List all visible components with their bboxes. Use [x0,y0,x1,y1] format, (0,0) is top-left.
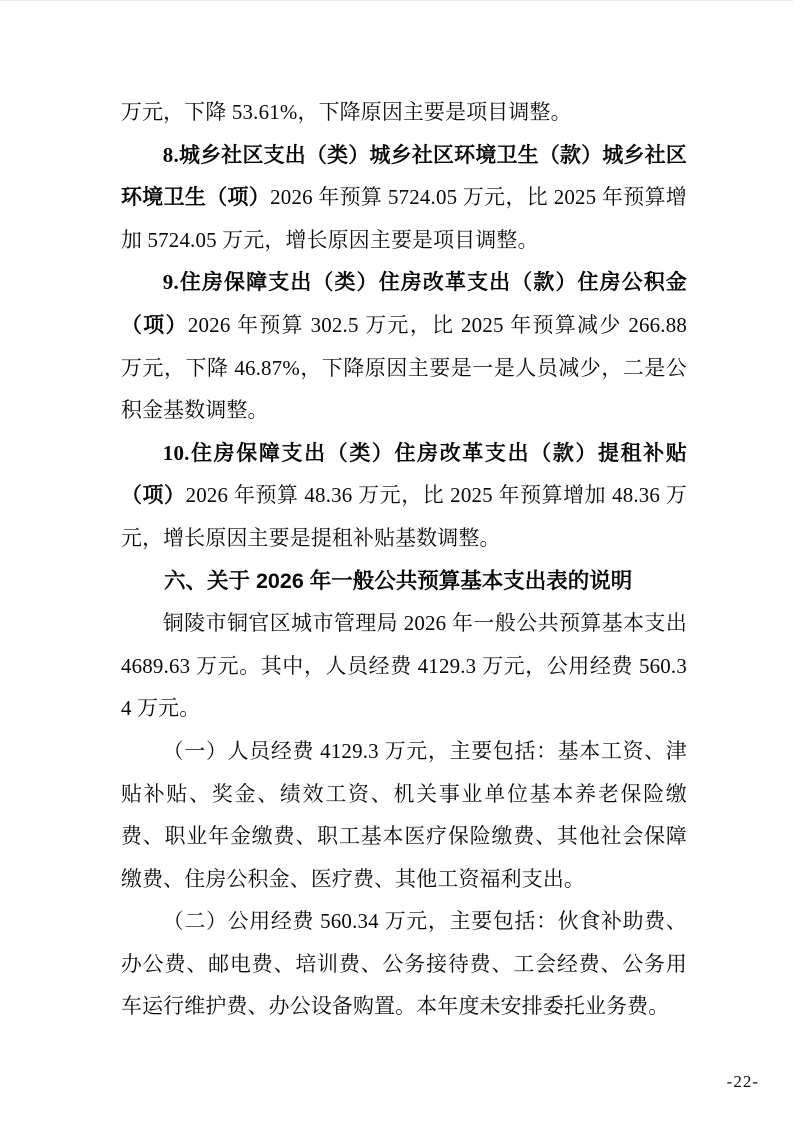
paragraph-text: （一）人员经费 4129.3 万元，主要包括：基本工资、津贴补贴、奖金、绩效工资… [121,739,687,891]
paragraph-text: 2026 年预算 48.36 万元，比 2025 年预算增加 48.36 万元，… [121,483,687,550]
paragraph-personnel-funds: （一）人员经费 4129.3 万元，主要包括：基本工资、津贴补贴、奖金、绩效工资… [121,730,687,900]
paragraph-summary: 铜陵市铜官区城市管理局 2026 年一般公共预算基本支出 4689.63 万元。… [121,602,687,730]
paragraph-text: 2026 年预算 302.5 万元，比 2025 年预算减少 266.88 万元… [121,313,687,422]
page-number: -22- [727,1072,759,1092]
paragraph-item-8: 8.城乡社区支出（类）城乡社区环境卫生（款）城乡社区环境卫生（项）2026 年预… [121,134,687,262]
paragraph-text: （二）公用经费 560.34 万元，主要包括：伙食补助费、办公费、邮电费、培训费… [121,909,687,1018]
paragraph-item-10: 10.住房保障支出（类）住房改革支出（款）提租补贴（项）2026 年预算 48.… [121,432,687,560]
document-page: 万元，下降 53.61%，下降原因主要是项目调整。 8.城乡社区支出（类）城乡社… [0,0,793,1122]
paragraph-item-9: 9.住房保障支出（类）住房改革支出（款）住房公积金（项）2026 年预算 302… [121,261,687,431]
paragraph-public-funds: （二）公用经费 560.34 万元，主要包括：伙食补助费、办公费、邮电费、培训费… [121,900,687,1028]
paragraph-text: 万元，下降 53.61%，下降原因主要是项目调整。 [121,100,572,124]
paragraph-continuation: 万元，下降 53.61%，下降原因主要是项目调整。 [121,91,687,134]
section-heading: 六、关于 2026 年一般公共预算基本支出表的说明 [121,560,687,603]
document-body: 万元，下降 53.61%，下降原因主要是项目调整。 8.城乡社区支出（类）城乡社… [121,91,687,1028]
section-heading-text: 六、关于 2026 年一般公共预算基本支出表的说明 [164,569,632,593]
paragraph-text: 铜陵市铜官区城市管理局 2026 年一般公共预算基本支出 4689.63 万元。… [121,611,687,720]
